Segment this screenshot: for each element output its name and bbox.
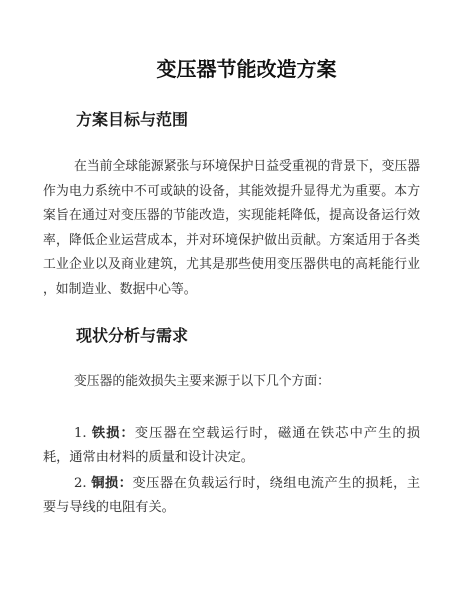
loss-item-term: 铜损：: [91, 476, 132, 491]
section-heading-analysis: 现状分析与需求: [43, 325, 420, 347]
loss-item-number: 1.: [74, 426, 92, 441]
loss-item-number: 2.: [74, 476, 91, 491]
document-content: 变压器节能改造方案 方案目标与范围 在当前全球能源紧张与环境保护日益受重视的背景…: [43, 56, 420, 521]
document-page: 变压器节能改造方案 方案目标与范围 在当前全球能源紧张与环境保护日益受重视的背景…: [0, 0, 463, 600]
loss-item-term: 铁损：: [92, 426, 135, 441]
loss-item-copper: 2. 铜损：变压器在负载运行时，绕组电流产生的损耗，主要与导线的电阻有关。: [43, 472, 420, 521]
paragraph-analysis-intro: 变压器的能效损失主要来源于以下几个方面：: [43, 370, 420, 395]
section-heading-goals: 方案目标与范围: [43, 109, 420, 131]
loss-list: 1. 铁损：变压器在空载运行时，磁通在铁芯中产生的损耗，通常由材料的质量和设计决…: [43, 422, 420, 521]
loss-item-iron: 1. 铁损：变压器在空载运行时，磁通在铁芯中产生的损耗，通常由材料的质量和设计决…: [43, 422, 420, 471]
document-title: 变压器节能改造方案: [43, 56, 420, 82]
paragraph-goals: 在当前全球能源紧张与环境保护日益受重视的背景下，变压器作为电力系统中不可或缺的设…: [43, 155, 420, 302]
